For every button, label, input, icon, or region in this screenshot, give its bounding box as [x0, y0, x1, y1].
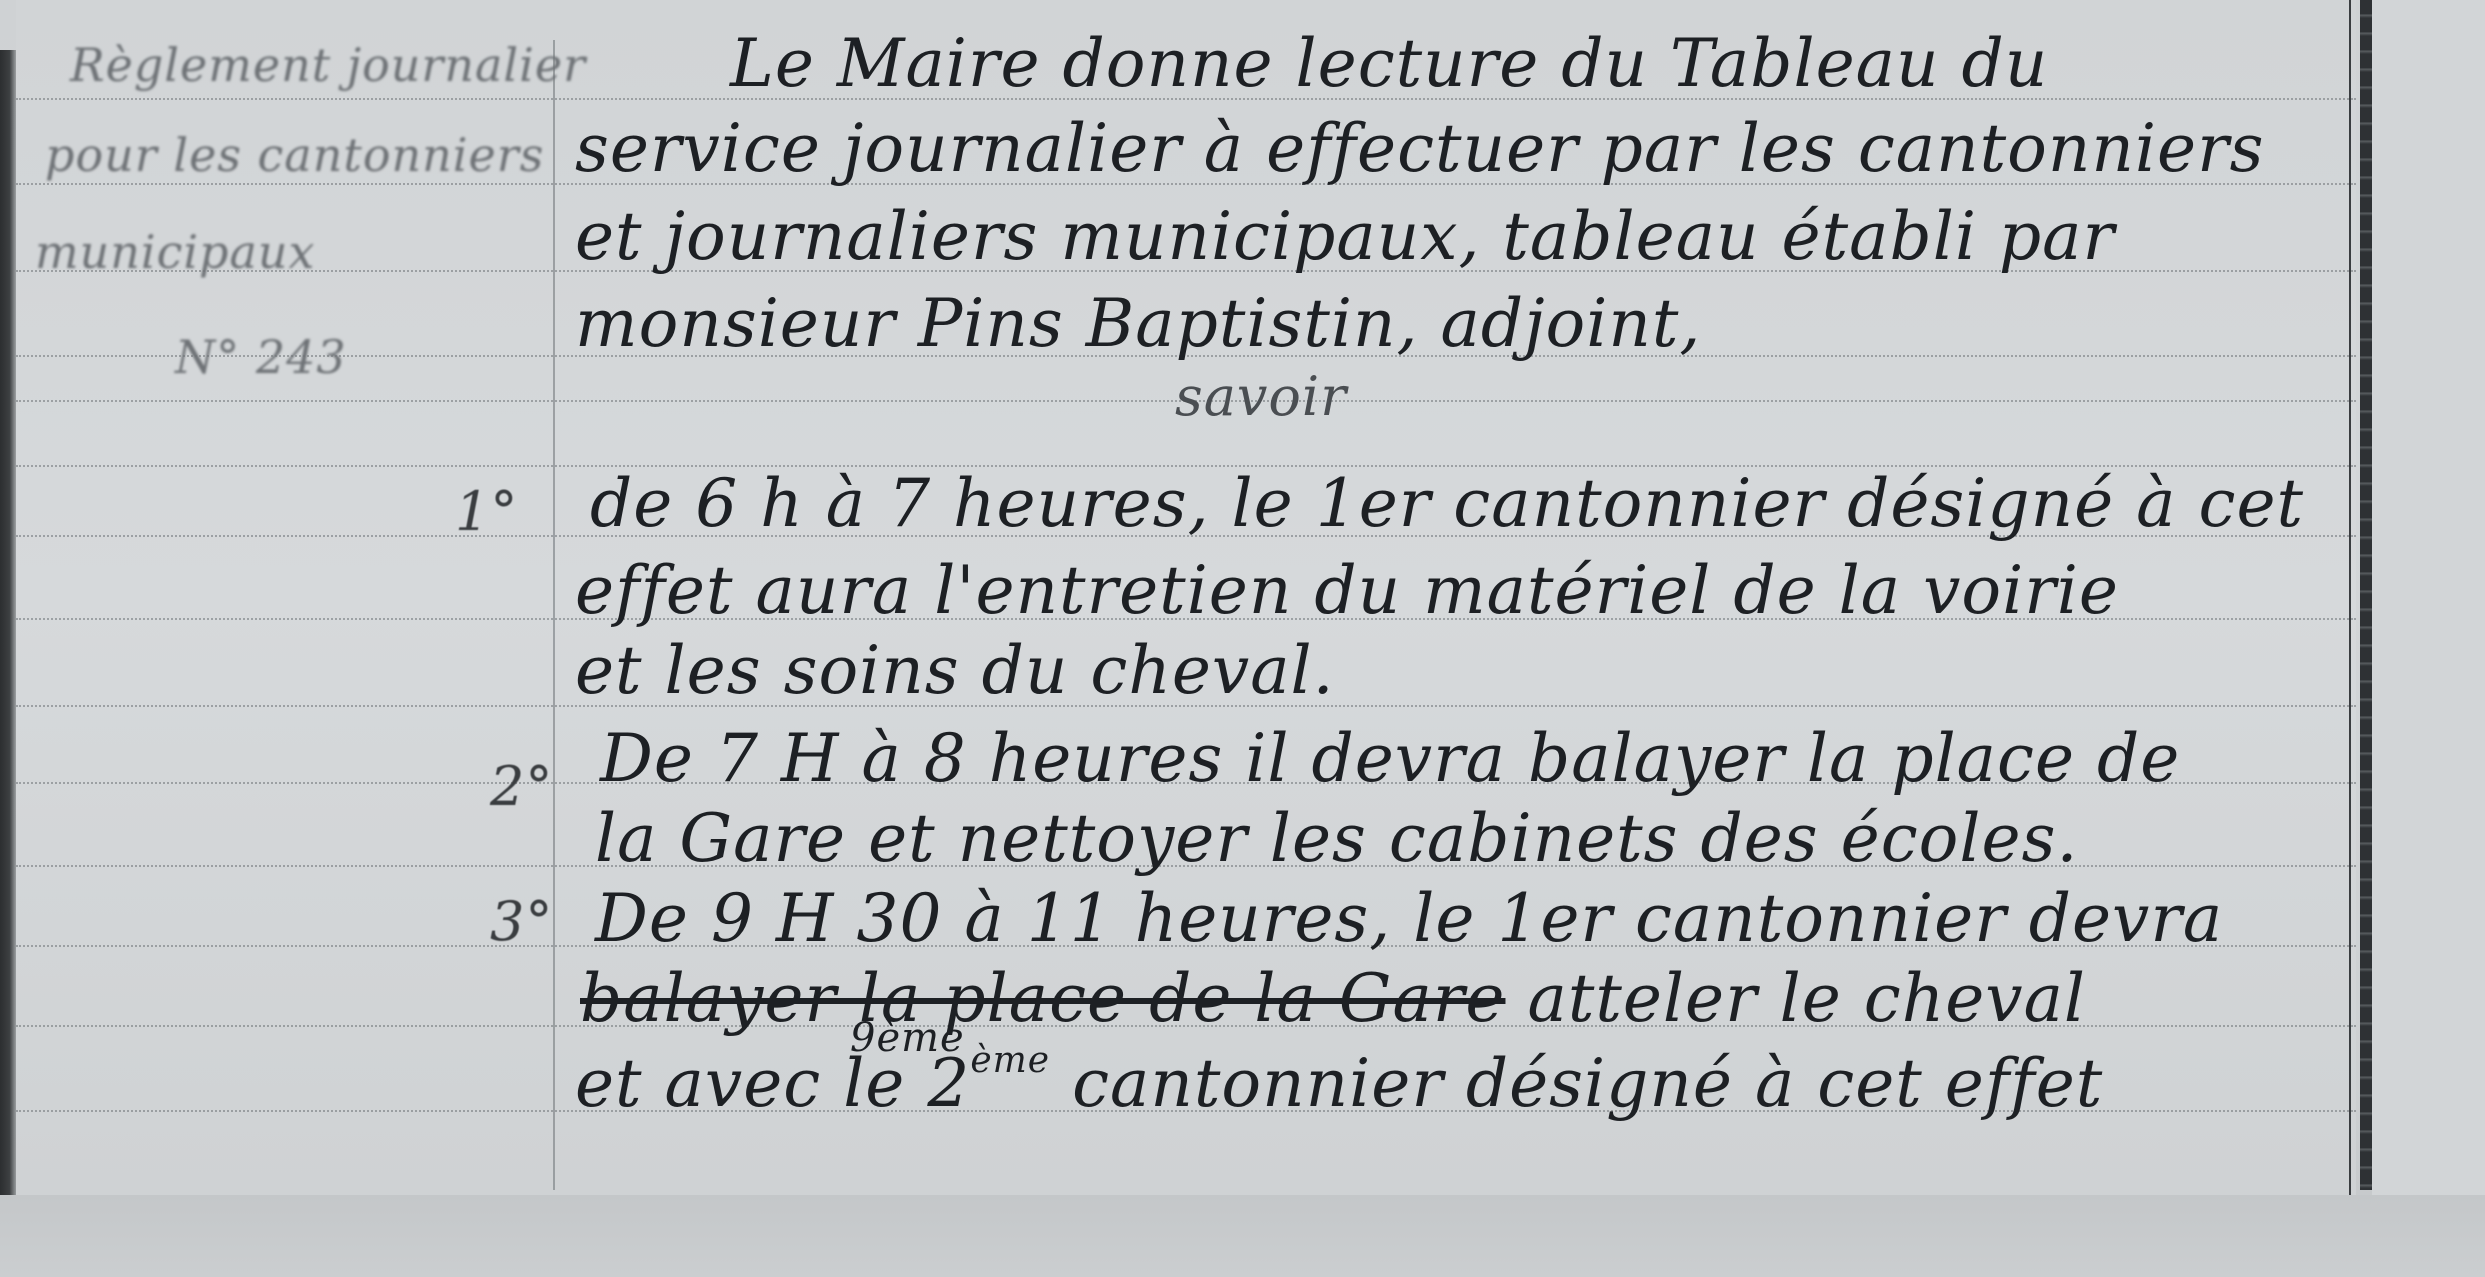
right-margin: [2372, 0, 2485, 1195]
struck-through-text: balayer la place de la Gare: [580, 960, 1505, 1037]
ordinal-suffix: ème: [970, 1040, 1050, 1081]
item-marker: 2°: [490, 755, 553, 818]
savoir-heading: savoir: [1175, 365, 1347, 428]
item-line-with-correction: balayer la place de la Gare atteler le c…: [580, 960, 2086, 1037]
intro-line: monsieur Pins Baptistin, adjoint,: [575, 285, 1701, 362]
item-line: et avec le 2ème cantonnier désigné à cet…: [575, 1045, 2103, 1122]
margin-note-line: municipaux: [35, 225, 316, 279]
intro-line: et journaliers municipaux, tableau établ…: [575, 198, 2115, 275]
ordinal: 2: [927, 1045, 970, 1122]
line-prefix: et avec le: [575, 1045, 927, 1122]
margin-note-number: N° 243: [175, 330, 347, 384]
right-border-thick: [2360, 0, 2372, 1190]
item-marker: 3°: [490, 890, 553, 953]
page-bottom-edge: [0, 1195, 2485, 1277]
item-line: De 7 H à 8 heures il devra balayer la pl…: [600, 720, 2180, 797]
margin-note-line: pour les cantonniers: [45, 128, 544, 182]
document-photo: Règlement journalier pour les cantonnier…: [0, 0, 2485, 1277]
line-suffix: cantonnier désigné à cet effet: [1050, 1045, 2103, 1122]
item-line: de 6 h à 7 heures, le 1er cantonnier dés…: [590, 465, 2304, 542]
item-line: De 9 H 30 à 11 heures, le 1er cantonnier…: [595, 880, 2223, 957]
correction-text: atteler le cheval: [1505, 960, 2086, 1037]
right-border-thin: [2349, 0, 2351, 1195]
intro-line: service journalier à effectuer par les c…: [575, 110, 2265, 187]
intro-line: Le Maire donne lecture du Tableau du: [730, 25, 2048, 102]
item-line: et les soins du cheval.: [575, 632, 1335, 709]
item-marker: 1°: [455, 480, 518, 543]
margin-line: [553, 40, 555, 1190]
item-line: effet aura l'entretien du matériel de la…: [575, 552, 2119, 629]
item-line: la Gare et nettoyer les cabinets des éco…: [595, 800, 2078, 877]
margin-note-line: Règlement journalier: [70, 38, 586, 92]
binding-shadow: [0, 50, 16, 1195]
